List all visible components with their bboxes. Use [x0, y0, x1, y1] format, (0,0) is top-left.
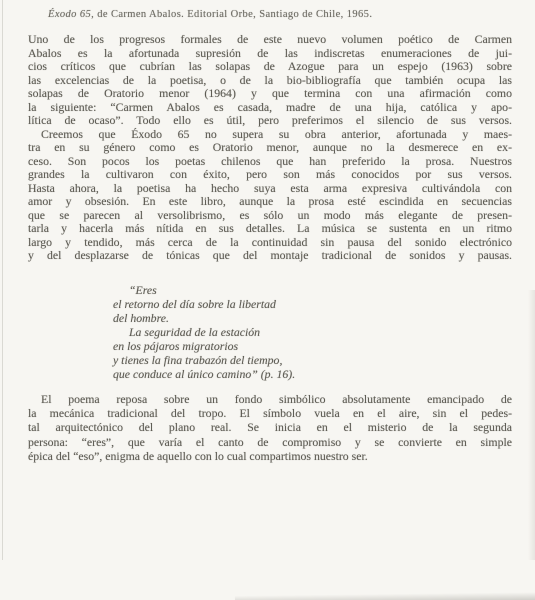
text-line: Hasta ahora, la poetisa ha hecho suya es…: [28, 182, 512, 196]
text-line: y del desplazarse de tónicas que del mon…: [28, 249, 512, 263]
text-line: la siguiente: “Carmen Abalos es casada, …: [28, 101, 512, 115]
book-citation-line: Éxodo 65, de Carmen Abalos. Editorial Or…: [48, 9, 515, 20]
text-line: La seguridad de la estación: [113, 325, 473, 339]
scanned-document-page: Éxodo 65, de Carmen Abalos. Editorial Or…: [0, 0, 535, 600]
citation-text: de Carmen Abalos. Editorial Orbe, Santia…: [94, 9, 372, 20]
text-line: ceso. Son pocos los poetas chilenos que …: [28, 155, 512, 169]
text-line: “Eres: [113, 283, 473, 297]
text-line: que conduce al único camino” (p. 16).: [113, 367, 473, 381]
text-line: solapas de Oratorio menor (1964) y que t…: [28, 87, 512, 101]
text-line: y tienes la fina trabazón del tiempo,: [113, 353, 473, 367]
text-line: El poema reposa sobre un fondo simbólico…: [28, 392, 512, 406]
text-line: grandes la cultivaron con éxito, pero so…: [28, 168, 512, 182]
text-line: las excelencias de la poetisa, o de la b…: [28, 74, 512, 88]
text-line: tarla y hacerla más nítida en sus detall…: [28, 222, 512, 236]
paragraph-2: Creemos que Éxodo 65 no supera su obra a…: [28, 128, 512, 263]
text-line: que se parecen al versolibrismo, es sólo…: [28, 209, 512, 223]
text-line: en los pájaros migratorios: [113, 339, 473, 353]
book-title: Éxodo 65,: [48, 9, 94, 20]
closing-text-column: El poema reposa sobre un fondo simbólico…: [28, 392, 512, 463]
text-line: lítica de ocaso”. Todo ello es útil, per…: [28, 114, 512, 128]
text-line: épica del “eso”, enigma de aquello con l…: [28, 449, 512, 463]
text-line: Creemos que Éxodo 65 no supera su obra a…: [28, 128, 512, 142]
text-line: la mecánica tradicional del tropo. El sí…: [28, 406, 512, 420]
text-line: Abalos es la afortunada supresión de las…: [28, 47, 512, 61]
text-line: Uno de los progresos formales de este nu…: [28, 33, 512, 47]
text-line: el retorno del día sobre la libertad: [113, 297, 473, 311]
text-line: largo y tendido, más cerca de la continu…: [28, 236, 512, 250]
text-line: del hombre.: [113, 311, 473, 325]
text-line: amor y obsesión. En este libro, aunque l…: [28, 195, 512, 209]
text-line: tra en su género como es Oratorio menor,…: [28, 141, 512, 155]
paragraph-3: El poema reposa sobre un fondo simbólico…: [28, 392, 512, 463]
poem-quote: “Eresel retorno del día sobre la liberta…: [113, 283, 473, 381]
paragraph-1: Uno de los progresos formales de este nu…: [28, 33, 512, 128]
text-line: cios críticos que cubrían las solapas de…: [28, 60, 512, 74]
scan-smudge: [528, 290, 535, 560]
text-line: persona: “eres”, que varía el canto de c…: [28, 435, 512, 449]
text-line: tal arquitectónico del plano real. Se in…: [28, 420, 512, 434]
main-text-column: Uno de los progresos formales de este nu…: [28, 33, 512, 263]
scan-edge-line: [2, 0, 3, 560]
scan-bottom-shadow: [235, 592, 535, 600]
